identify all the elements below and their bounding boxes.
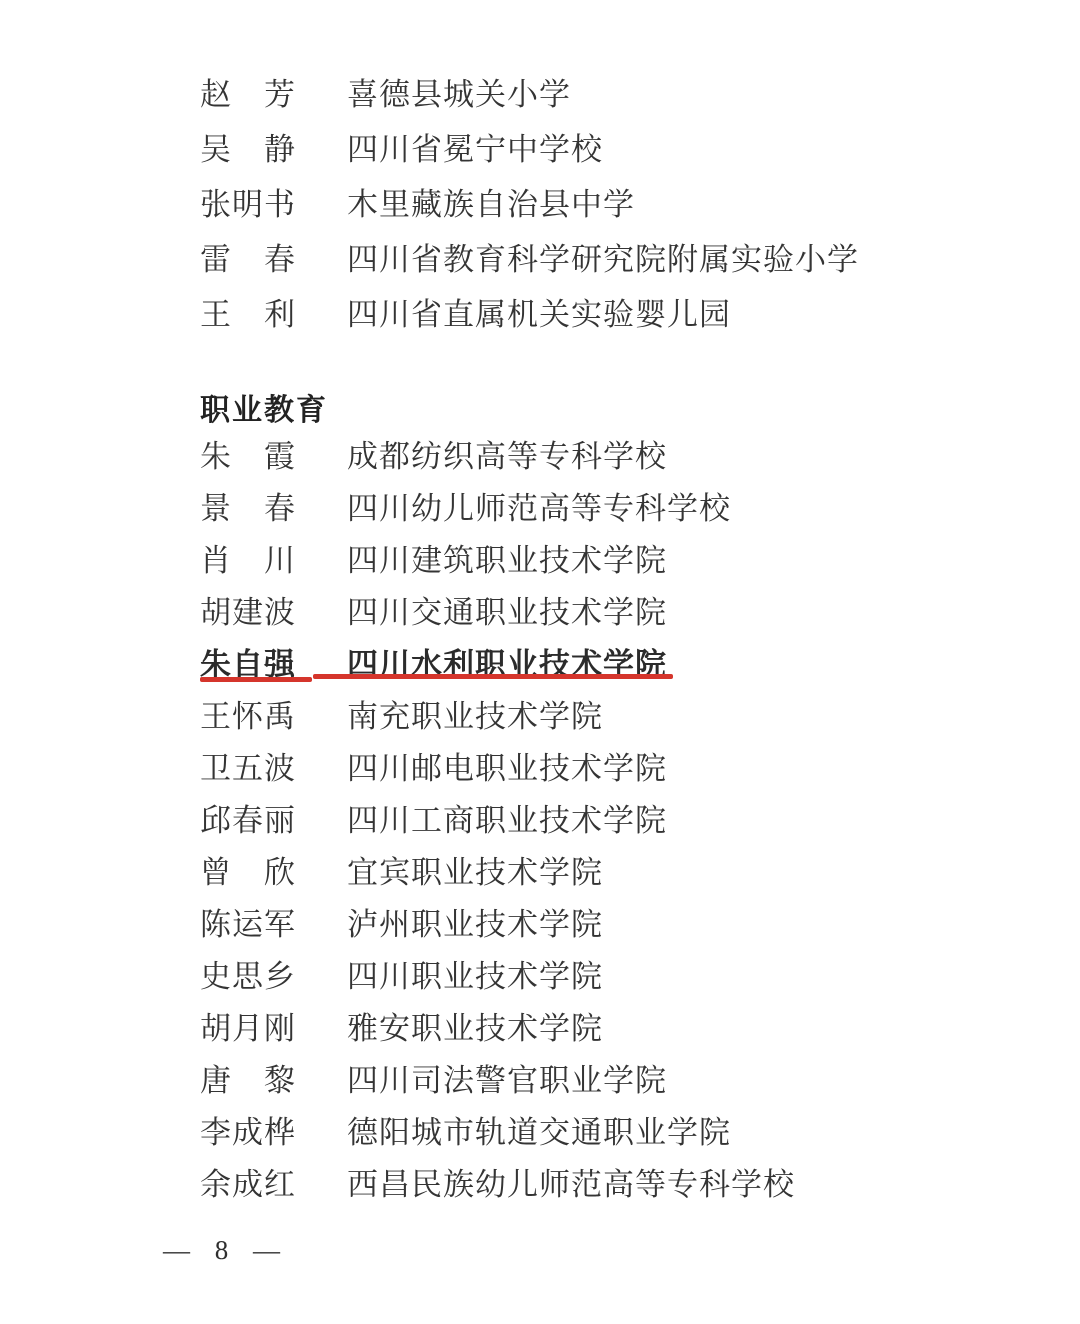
- table-row: 王怀禹 南充职业技术学院: [200, 700, 900, 752]
- person-name: 唐 黎: [200, 1064, 347, 1097]
- table-row: 胡月刚 雅安职业技术学院: [200, 1012, 900, 1064]
- section-header-vocational-education: 职业教育: [200, 395, 900, 427]
- table-row: 赵 芳 喜德县城关小学: [200, 78, 900, 133]
- person-name: 史思乡: [200, 960, 347, 993]
- person-name: 赵 芳: [200, 78, 347, 111]
- school-name: 四川省冕宁中学校: [347, 133, 603, 166]
- vocational-education-rows: 朱 霞 成都纺织高等专科学校 景 春 四川幼儿师范高等专科学校 肖 川 四川建筑…: [200, 440, 900, 1220]
- red-underline-right: [313, 674, 673, 679]
- person-name: 胡月刚: [200, 1012, 347, 1045]
- person-name: 曾 欣: [200, 856, 347, 889]
- person-name: 李成桦: [200, 1116, 347, 1149]
- person-name: 吴 静: [200, 133, 347, 166]
- table-row: 胡建波 四川交通职业技术学院: [200, 596, 900, 648]
- page-number: — 8 —: [163, 1235, 289, 1265]
- red-underline-left: [200, 677, 312, 682]
- section-vocational-education: 职业教育 朱 霞 成都纺织高等专科学校 景 春 四川幼儿师范高等专科学校 肖 川…: [200, 395, 900, 1220]
- person-name: 余成红: [200, 1168, 347, 1201]
- person-name: 雷 春: [200, 243, 347, 276]
- table-row: 肖 川 四川建筑职业技术学院: [200, 544, 900, 596]
- person-name: 肖 川: [200, 544, 347, 577]
- table-row: 曾 欣 宜宾职业技术学院: [200, 856, 900, 908]
- school-name: 南充职业技术学院: [347, 700, 603, 733]
- section-basic-education: 赵 芳 喜德县城关小学 吴 静 四川省冕宁中学校 张明书 木里藏族自治县中学 雷…: [200, 78, 900, 353]
- person-name: 邱春丽: [200, 804, 347, 837]
- document-page: 赵 芳 喜德县城关小学 吴 静 四川省冕宁中学校 张明书 木里藏族自治县中学 雷…: [0, 0, 1080, 1324]
- table-row: 史思乡 四川职业技术学院: [200, 960, 900, 1012]
- school-name: 宜宾职业技术学院: [347, 856, 603, 889]
- school-name: 四川司法警官职业学院: [347, 1064, 667, 1097]
- person-name: 张明书: [200, 188, 347, 221]
- school-name: 四川工商职业技术学院: [347, 804, 667, 837]
- school-name: 四川省教育科学研究院附属实验小学: [347, 243, 859, 276]
- school-name: 四川职业技术学院: [347, 960, 603, 993]
- table-row: 雷 春 四川省教育科学研究院附属实验小学: [200, 243, 900, 298]
- person-name: 陈运军: [200, 908, 347, 941]
- school-name: 西昌民族幼儿师范高等专科学校: [347, 1168, 795, 1201]
- awardee-list: 赵 芳 喜德县城关小学 吴 静 四川省冕宁中学校 张明书 木里藏族自治县中学 雷…: [200, 78, 900, 1220]
- school-name: 木里藏族自治县中学: [347, 188, 635, 221]
- school-name: 四川省直属机关实验婴儿园: [347, 298, 731, 331]
- school-name: 四川幼儿师范高等专科学校: [347, 492, 731, 525]
- table-row: 陈运军 泸州职业技术学院: [200, 908, 900, 960]
- table-row: 余成红 西昌民族幼儿师范高等专科学校: [200, 1168, 900, 1220]
- person-name: 景 春: [200, 492, 347, 525]
- person-name: 王怀禹: [200, 700, 347, 733]
- table-row: 朱 霞 成都纺织高等专科学校: [200, 440, 900, 492]
- table-row: 景 春 四川幼儿师范高等专科学校: [200, 492, 900, 544]
- school-name: 喜德县城关小学: [347, 78, 571, 111]
- person-name: 胡建波: [200, 596, 347, 629]
- table-row: 张明书 木里藏族自治县中学: [200, 188, 900, 243]
- person-name: 王 利: [200, 298, 347, 331]
- table-row: 邱春丽 四川工商职业技术学院: [200, 804, 900, 856]
- person-name: 朱 霞: [200, 440, 347, 473]
- school-name: 德阳城市轨道交通职业学院: [347, 1116, 731, 1149]
- school-name: 雅安职业技术学院: [347, 1012, 603, 1045]
- school-name: 四川交通职业技术学院: [347, 596, 667, 629]
- table-row: 吴 静 四川省冕宁中学校: [200, 133, 900, 188]
- basic-education-rows: 赵 芳 喜德县城关小学 吴 静 四川省冕宁中学校 张明书 木里藏族自治县中学 雷…: [200, 78, 900, 353]
- person-name: 卫五波: [200, 752, 347, 785]
- table-row: 朱自强 四川水利职业技术学院: [200, 648, 900, 700]
- table-row: 李成桦 德阳城市轨道交通职业学院: [200, 1116, 900, 1168]
- school-name: 成都纺织高等专科学校: [347, 440, 667, 473]
- table-row: 卫五波 四川邮电职业技术学院: [200, 752, 900, 804]
- table-row: 王 利 四川省直属机关实验婴儿园: [200, 298, 900, 353]
- school-name: 泸州职业技术学院: [347, 908, 603, 941]
- school-name: 四川邮电职业技术学院: [347, 752, 667, 785]
- school-name: 四川建筑职业技术学院: [347, 544, 667, 577]
- table-row: 唐 黎 四川司法警官职业学院: [200, 1064, 900, 1116]
